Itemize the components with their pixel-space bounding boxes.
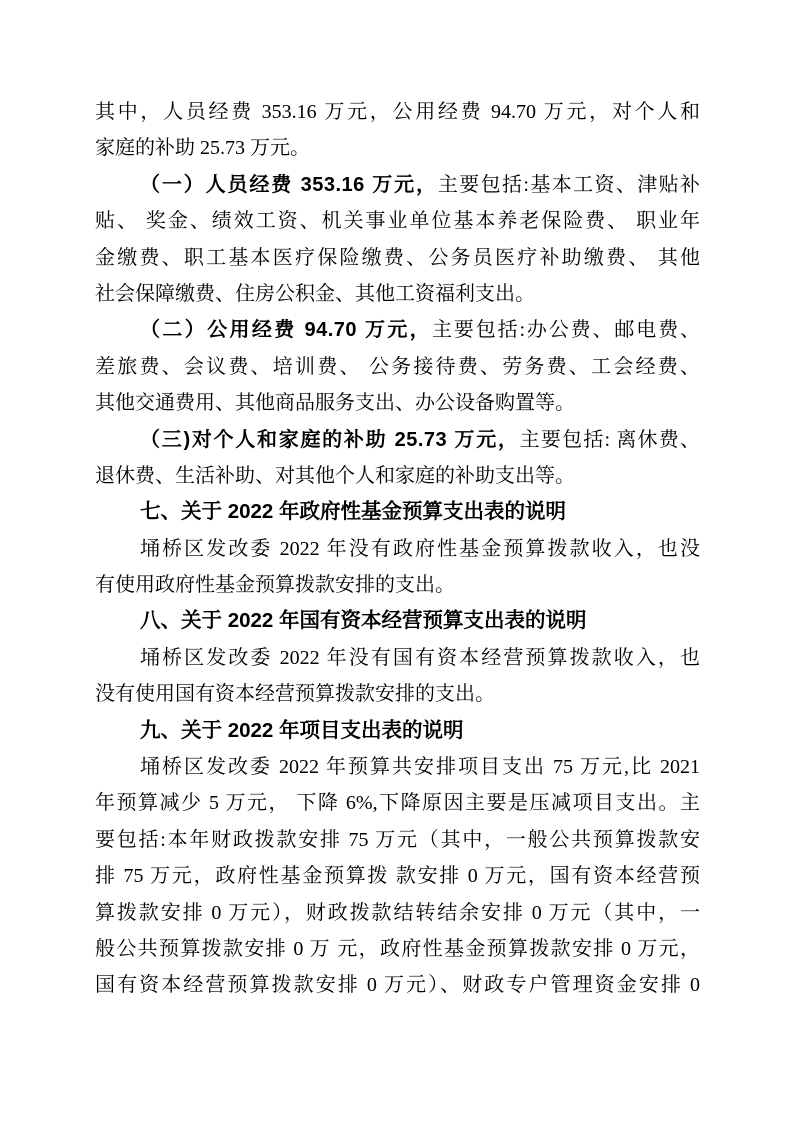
line-text: 有使用政府性基金预算拨款安排的支出。	[95, 574, 455, 596]
text-line: （三)对个人和家庭的补助 25.73 万元，主要包括: 离休费、	[95, 422, 700, 458]
section-heading: 八、关于 2022 年国有资本经营预算支出表的说明	[95, 603, 700, 639]
line-text: 年预算减少 5 万元， 下降 6%,下降原因主要是压减项目支出。主	[95, 792, 700, 814]
line-text: 退休费、生活补助、对其他个人和家庭的补助支出等。	[95, 465, 575, 487]
document-page: 其中，人员经费 353.16 万元，公用经费 94.70 万元，对个人和 家庭的…	[0, 0, 793, 1122]
line-text: 排 75 万元，政府性基金预算拨 款安排 0 万元，国有资本经营预	[95, 865, 700, 887]
line-text: 主要包括: 离休费、	[520, 429, 700, 451]
section-heading: 九、关于 2022 年项目支出表的说明	[95, 713, 700, 749]
heading-text: 八、关于 2022 年国有资本经营预算支出表的说明	[140, 609, 587, 632]
text-line: （一）人员经费 353.16 万元，主要包括:基本工资、津贴补	[95, 167, 700, 203]
line-text: 社会保障缴费、住房公积金、其他工资福利支出。	[95, 283, 535, 305]
line-text: 埇桥区发改委 2022 年预算共安排项目支出 75 万元,比 2021	[140, 756, 700, 778]
text-line: 要包括:本年财政拨款安排 75 万元（其中，一般公共预算拨款安	[95, 822, 700, 858]
line-text: 家庭的补助 25.73 万元。	[95, 137, 310, 159]
line-text: 金缴费、职工基本医疗保险缴费、公务员医疗补助缴费、 其他	[95, 247, 700, 269]
heading-text: 九、关于 2022 年项目支出表的说明	[140, 719, 464, 742]
text-line: 有使用政府性基金预算拨款安排的支出。	[95, 567, 700, 603]
text-line: 算拨款安排 0 万元），财政拨款结转结余安排 0 万元（其中，一	[95, 895, 700, 931]
document-body: 其中，人员经费 353.16 万元，公用经费 94.70 万元，对个人和 家庭的…	[95, 94, 700, 1004]
text-line: 金缴费、职工基本医疗保险缴费、公务员医疗补助缴费、 其他	[95, 240, 700, 276]
line-text: 主要包括:基本工资、津贴补	[438, 174, 700, 196]
bold-lead-text: （二）公用经费 94.70 万元，	[140, 319, 432, 341]
line-text: 埇桥区发改委 2022 年没有政府性基金预算拨款收入，也没	[140, 538, 700, 560]
line-text: 要包括:本年财政拨款安排 75 万元（其中，一般公共预算拨款安	[95, 829, 700, 851]
text-line: 没有使用国有资本经营预算拨款安排的支出。	[95, 676, 700, 712]
line-text: 国有资本经营预算拨款安排 0 万元）、财政专户管理资金安排 0	[95, 974, 700, 996]
text-line: 其中，人员经费 353.16 万元，公用经费 94.70 万元，对个人和	[95, 94, 700, 130]
text-line: 退休费、生活补助、对其他个人和家庭的补助支出等。	[95, 458, 700, 494]
bold-lead-text: （一）人员经费 353.16 万元，	[140, 174, 438, 196]
text-line: 差旅费、会议费、培训费、 公务接待费、劳务费、工会经费、	[95, 349, 700, 385]
text-line: 埇桥区发改委 2022 年没有国有资本经营预算拨款收入，也	[95, 640, 700, 676]
heading-text: 七、关于 2022 年政府性基金预算支出表的说明	[140, 500, 566, 523]
line-text: 埇桥区发改委 2022 年没有国有资本经营预算拨款收入，也	[140, 647, 700, 669]
text-line: 排 75 万元，政府性基金预算拨 款安排 0 万元，国有资本经营预	[95, 858, 700, 894]
line-text: 其他交通费用、其他商品服务支出、办公设备购置等。	[95, 392, 575, 414]
text-line: 社会保障缴费、住房公积金、其他工资福利支出。	[95, 276, 700, 312]
section-heading: 七、关于 2022 年政府性基金预算支出表的说明	[95, 494, 700, 530]
text-line: 般公共预算拨款安排 0 万 元，政府性基金预算拨款安排 0 万元，	[95, 931, 700, 967]
text-line: 埇桥区发改委 2022 年预算共安排项目支出 75 万元,比 2021	[95, 749, 700, 785]
line-text: 其中，人员经费 353.16 万元，公用经费 94.70 万元，对个人和	[95, 101, 700, 123]
text-line: 贴、 奖金、绩效工资、机关事业单位基本养老保险费、 职业年	[95, 203, 700, 239]
line-text: 般公共预算拨款安排 0 万 元，政府性基金预算拨款安排 0 万元，	[95, 938, 700, 960]
text-line: 埇桥区发改委 2022 年没有政府性基金预算拨款收入，也没	[95, 531, 700, 567]
text-line: 年预算减少 5 万元， 下降 6%,下降原因主要是压减项目支出。主	[95, 785, 700, 821]
line-text: 没有使用国有资本经营预算拨款安排的支出。	[95, 683, 495, 705]
bold-lead-text: （三)对个人和家庭的补助 25.73 万元，	[140, 429, 520, 451]
line-text: 主要包括:办公费、邮电费、	[432, 319, 700, 341]
text-line: 家庭的补助 25.73 万元。	[95, 130, 700, 166]
text-line: 其他交通费用、其他商品服务支出、办公设备购置等。	[95, 385, 700, 421]
line-text: 差旅费、会议费、培训费、 公务接待费、劳务费、工会经费、	[95, 356, 700, 378]
text-line: 国有资本经营预算拨款安排 0 万元）、财政专户管理资金安排 0	[95, 967, 700, 1003]
text-line: （二）公用经费 94.70 万元，主要包括:办公费、邮电费、	[95, 312, 700, 348]
line-text: 贴、 奖金、绩效工资、机关事业单位基本养老保险费、 职业年	[95, 210, 700, 232]
line-text: 算拨款安排 0 万元），财政拨款结转结余安排 0 万元（其中，一	[95, 902, 700, 924]
